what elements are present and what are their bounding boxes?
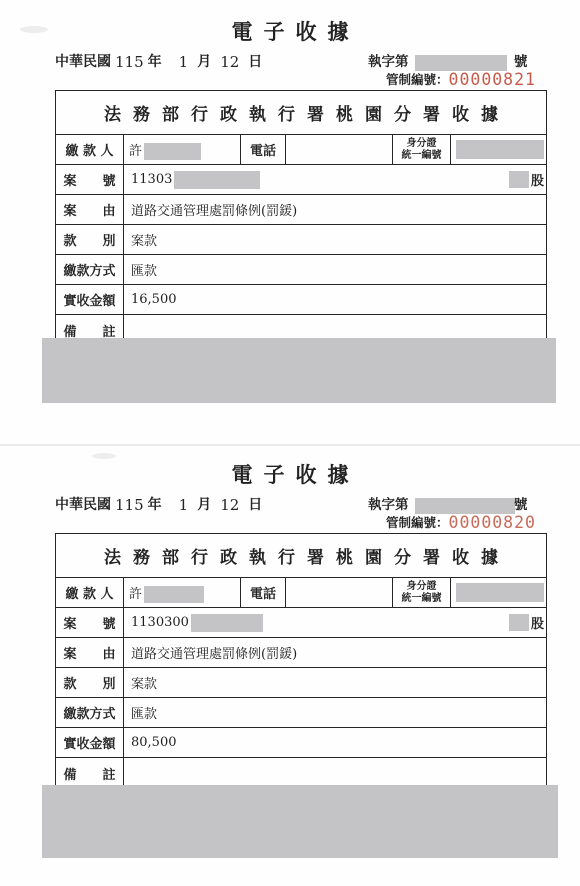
fund-type-label: 款 別 [56,225,124,254]
id-label: 身分證 統一編號 [393,578,451,607]
phone-label: 電話 [241,578,286,607]
id-value-cell [451,578,546,607]
phone-value-cell [286,135,393,164]
redaction-box [42,785,558,858]
payer-label: 繳 款 人 [56,135,124,164]
amount-label: 實收金額 [56,728,124,757]
unit-label: 股 [531,613,544,632]
month-value: 1 [179,496,189,514]
redaction-box [144,143,201,160]
id-label-line1: 身分證 [407,581,437,593]
case-ref-suffix: 號 [514,54,528,70]
redaction-box [174,171,260,189]
redaction-box [42,338,556,403]
payment-method-row: 繳款方式 匯款 [56,255,546,285]
redaction-box [509,614,529,631]
receipt-table: 法務部行政執行署桃園分署收據 繳 款 人 許 電話 身分證 統一編號 案 號 1… [55,90,547,346]
era-label: 中華民國 [55,497,111,513]
phone-value-cell [286,578,393,607]
case-number-label: 案 號 [56,608,124,637]
amount-value: 80,500 [124,728,546,757]
day-unit: 日 [248,497,262,513]
payment-method-value: 匯款 [124,255,546,284]
case-number-value: 1130300 [131,615,189,630]
unit-label: 股 [531,170,544,189]
id-label-line2: 統一編號 [402,150,442,162]
month-unit: 月 [197,497,211,513]
control-number-value: 00000820 [449,513,536,532]
fund-type-value: 案款 [124,668,546,697]
redaction-box [144,586,204,603]
redaction-box [191,614,263,632]
amount-row: 實收金額 16,500 [56,285,546,315]
cause-label: 案 由 [56,638,124,667]
cause-row: 案 由 道路交通管理處罰條例(罰鍰) [56,195,546,225]
fund-type-value: 案款 [124,225,546,254]
year-value: 115 [115,496,144,514]
id-label-line1: 身分證 [407,138,437,150]
receipt-title: 電子收據 [0,16,580,46]
receipt-title: 電子收據 [0,459,580,489]
date-line: 中華民國115年1月12日 [55,51,262,71]
redaction-box [509,171,529,188]
id-value-cell [451,135,546,164]
day-value: 12 [220,53,239,71]
day-value: 12 [220,496,239,514]
case-number-row: 案 號 1130300 股 [56,608,546,638]
case-ref-line: 執字第 號 [368,50,527,71]
fund-type-row: 款 別 案款 [56,225,546,255]
payment-method-value: 匯款 [124,698,546,727]
case-number-row: 案 號 11303 股 [56,165,546,195]
date-line: 中華民國115年1月12日 [55,494,262,514]
day-unit: 日 [248,54,262,70]
fund-type-row: 款 別 案款 [56,668,546,698]
payment-method-row: 繳款方式 匯款 [56,698,546,728]
payer-label: 繳 款 人 [56,578,124,607]
case-number-value-cell: 1130300 股 [124,608,546,637]
control-number-value: 00000821 [449,70,536,89]
amount-value: 16,500 [124,285,546,314]
case-number-label: 案 號 [56,165,124,194]
payer-value-cell: 許 [124,578,241,607]
case-number-value: 11303 [131,172,172,187]
receipt-1: 電子收據 中華民國115年1月12日 執字第 號 管制編號：00000821 法… [0,0,580,443]
payer-value: 許 [129,140,142,159]
payer-row: 繳 款 人 許 電話 身分證 統一編號 [56,578,546,608]
cause-value: 道路交通管理處罰條例(罰鍰) [124,638,546,667]
payer-row: 繳 款 人 許 電話 身分證 統一編號 [56,135,546,165]
amount-row: 實收金額 80,500 [56,728,546,758]
control-number-line: 管制編號：00000821 [386,69,536,88]
remarks-label: 備 註 [56,758,124,788]
payer-value-cell: 許 [124,135,241,164]
case-ref-line: 執字第 號 [368,493,527,514]
phone-label: 電話 [241,135,286,164]
control-number-line: 管制編號：00000820 [386,512,536,531]
cause-value: 道路交通管理處罰條例(罰鍰) [124,195,546,224]
redaction-box [456,583,544,602]
payment-method-label: 繳款方式 [56,698,124,727]
payment-method-label: 繳款方式 [56,255,124,284]
case-ref-prefix: 執字第 [368,497,409,513]
control-number-label: 管制編號： [386,72,449,87]
control-number-label: 管制編號： [386,515,449,530]
cause-label: 案 由 [56,195,124,224]
remarks-row: 備 註 [56,758,546,788]
receipt-table: 法務部行政執行署桃園分署收據 繳 款 人 許 電話 身分證 統一編號 案 號 1… [55,533,547,789]
table-header: 法務部行政執行署桃園分署收據 [56,534,546,578]
month-value: 1 [179,53,189,71]
unit-group: 股 [509,165,544,194]
table-header: 法務部行政執行署桃園分署收據 [56,91,546,135]
month-unit: 月 [197,54,211,70]
redaction-box [456,140,544,159]
unit-group: 股 [509,608,544,637]
case-ref-prefix: 執字第 [368,54,409,70]
id-label: 身分證 統一編號 [393,135,451,164]
year-unit: 年 [148,497,162,513]
fund-type-label: 款 別 [56,668,124,697]
payer-value: 許 [129,583,142,602]
case-number-value-cell: 11303 股 [124,165,546,194]
era-label: 中華民國 [55,54,111,70]
remarks-value [124,758,546,788]
id-label-line2: 統一編號 [402,593,442,605]
amount-label: 實收金額 [56,285,124,314]
receipt-2: 電子收據 中華民國115年1月12日 執字第 號 管制編號：00000820 法… [0,443,580,886]
year-unit: 年 [148,54,162,70]
year-value: 115 [115,53,144,71]
cause-row: 案 由 道路交通管理處罰條例(罰鍰) [56,638,546,668]
case-ref-suffix: 號 [514,497,528,513]
